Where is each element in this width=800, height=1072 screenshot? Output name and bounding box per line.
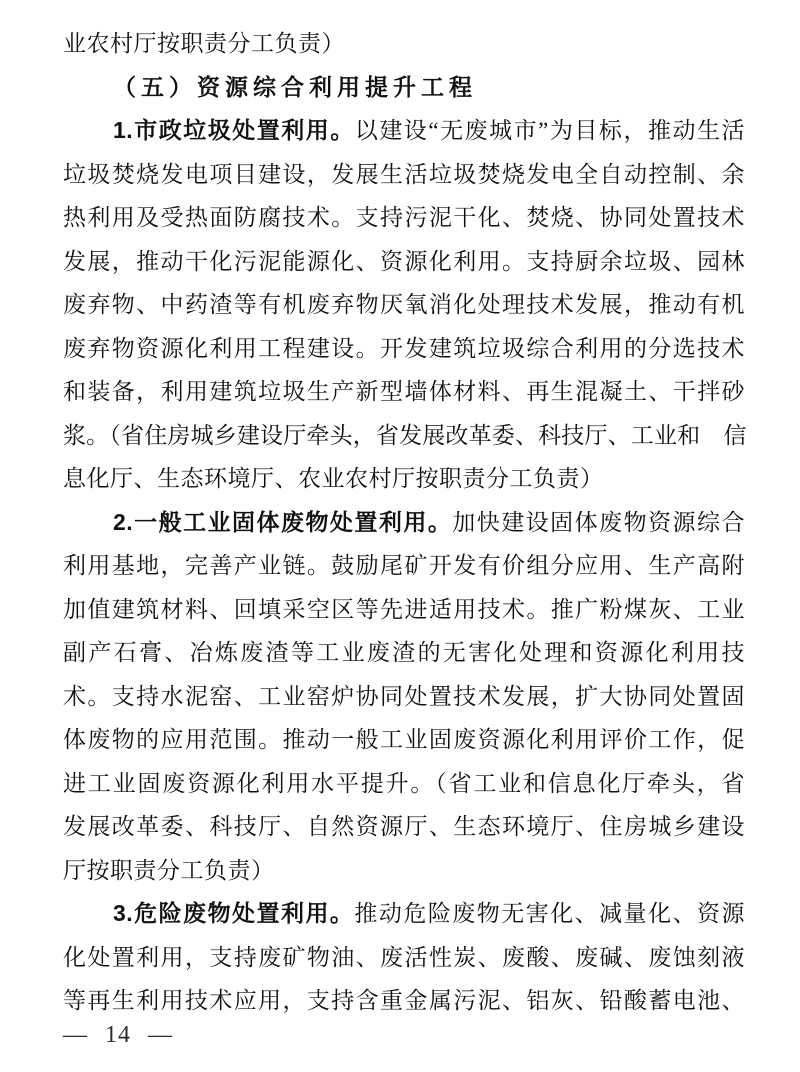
text-line: 厅按职责分工负责）	[63, 849, 745, 893]
line-text: 浆。（省住房城乡建设厅牵头，省发展改革委、科技厅、工业和 信	[63, 423, 745, 448]
text-line: 2.一般工业固体废物处置利用。加快建设固体废物资源综合	[63, 501, 745, 545]
line-text: 等再生利用技术应用，支持含重金属污泥、铝灰、铅酸蓄电池、	[63, 988, 745, 1013]
line-text: 业农村厅按职责分工负责）	[63, 31, 345, 56]
line-text: 发展改革委、科技厅、自然资源厅、生态环境厅、住房城乡建设	[63, 814, 745, 839]
line-text: 废弃物、中药渣等有机废弃物厌氧消化处理技术发展，推动有机	[63, 292, 745, 317]
text-line: 加值建筑材料、回填采空区等先进适用技术。推广粉煤灰、工业	[63, 588, 745, 632]
line-text: 利用基地，完善产业链。鼓励尾矿开发有价组分应用、生产高附	[63, 553, 745, 578]
line-text: 和装备，利用建筑垃圾生产新型墙体材料、再生混凝土、干拌砂	[63, 379, 745, 404]
text-line: 3.危险废物处置利用。推动危险废物无害化、减量化、资源	[63, 892, 745, 936]
text-line: 发展改革委、科技厅、自然资源厅、生态环境厅、住房城乡建设	[63, 805, 745, 849]
text-line: 热利用及受热面防腐技术。支持污泥干化、焚烧、协同处置技术	[63, 196, 745, 240]
text-line: 息化厅、生态环境厅、农业农村厅按职责分工负责）	[63, 457, 745, 501]
line-text: 加快建设固体废物资源综合	[452, 510, 745, 535]
paragraph-lead: 1.市政垃圾处置利用。	[113, 117, 355, 143]
line-text: 发展，推动干化污泥能源化、资源化利用。支持厨余垃圾、园林	[63, 249, 745, 274]
text-line: 等再生利用技术应用，支持含重金属污泥、铝灰、铅酸蓄电池、	[63, 979, 745, 1023]
text-line: 浆。（省住房城乡建设厅牵头，省发展改革委、科技厅、工业和 信	[63, 414, 745, 458]
line-text: 以建设“无废城市”为目标，推动生活	[355, 118, 745, 143]
line-text: 进工业固废资源化利用水平提升。（省工业和信息化厅牵头，省	[63, 771, 745, 796]
text-line: 和装备，利用建筑垃圾生产新型墙体材料、再生混凝土、干拌砂	[63, 370, 745, 414]
line-text: 加值建筑材料、回填采空区等先进适用技术。推广粉煤灰、工业	[63, 597, 745, 622]
line-text: 热利用及受热面防腐技术。支持污泥干化、焚烧、协同处置技术	[63, 205, 745, 230]
line-text: 术。支持水泥窑、工业窑炉协同处置技术发展，扩大协同处置固	[63, 684, 745, 709]
text-line: 废弃物、中药渣等有机废弃物厌氧消化处理技术发展，推动有机	[63, 283, 745, 327]
paragraph-lead: 2.一般工业固体废物处置利用。	[113, 509, 452, 535]
text-line: 化处置利用，支持废矿物油、废活性炭、废酸、废碱、废蚀刻液	[63, 936, 745, 980]
text-line: 业农村厅按职责分工负责）	[63, 22, 745, 66]
section-heading: （五）资源综合利用提升工程	[63, 66, 745, 110]
paragraph-lead: 3.危险废物处置利用。	[113, 900, 354, 926]
line-text: 垃圾焚烧发电项目建设，发展生活垃圾焚烧发电全自动控制、余	[63, 162, 745, 187]
document-page: 业农村厅按职责分工负责） （五）资源综合利用提升工程 1.市政垃圾处置利用。以建…	[63, 22, 745, 1023]
line-text: 推动危险废物无害化、减量化、资源	[354, 901, 745, 926]
text-line: 术。支持水泥窑、工业窑炉协同处置技术发展，扩大协同处置固	[63, 675, 745, 719]
text-line: 进工业固废资源化利用水平提升。（省工业和信息化厅牵头，省	[63, 762, 745, 806]
line-text: 化处置利用，支持废矿物油、废活性炭、废酸、废碱、废蚀刻液	[63, 945, 745, 970]
text-line: 副产石膏、冶炼废渣等工业废渣的无害化处理和资源化利用技	[63, 631, 745, 675]
text-line: 1.市政垃圾处置利用。以建设“无废城市”为目标，推动生活	[63, 109, 745, 153]
text-line: 废弃物资源化利用工程建设。开发建筑垃圾综合利用的分选技术	[63, 327, 745, 371]
text-line: 垃圾焚烧发电项目建设，发展生活垃圾焚烧发电全自动控制、余	[63, 153, 745, 197]
text-line: 体废物的应用范围。推动一般工业固废资源化利用评价工作，促	[63, 718, 745, 762]
page-number: — 14 —	[63, 1021, 173, 1049]
line-text: 体废物的应用范围。推动一般工业固废资源化利用评价工作，促	[63, 727, 745, 752]
line-text: 厅按职责分工负责）	[63, 858, 275, 883]
line-text: 息化厅、生态环境厅、农业农村厅按职责分工负责）	[63, 466, 604, 491]
text-line: 发展，推动干化污泥能源化、资源化利用。支持厨余垃圾、园林	[63, 240, 745, 284]
line-text: 废弃物资源化利用工程建设。开发建筑垃圾综合利用的分选技术	[63, 336, 745, 361]
text-line: 利用基地，完善产业链。鼓励尾矿开发有价组分应用、生产高附	[63, 544, 745, 588]
line-text: 副产石膏、冶炼废渣等工业废渣的无害化处理和资源化利用技	[63, 640, 745, 665]
heading-text: （五）资源综合利用提升工程	[113, 75, 477, 100]
